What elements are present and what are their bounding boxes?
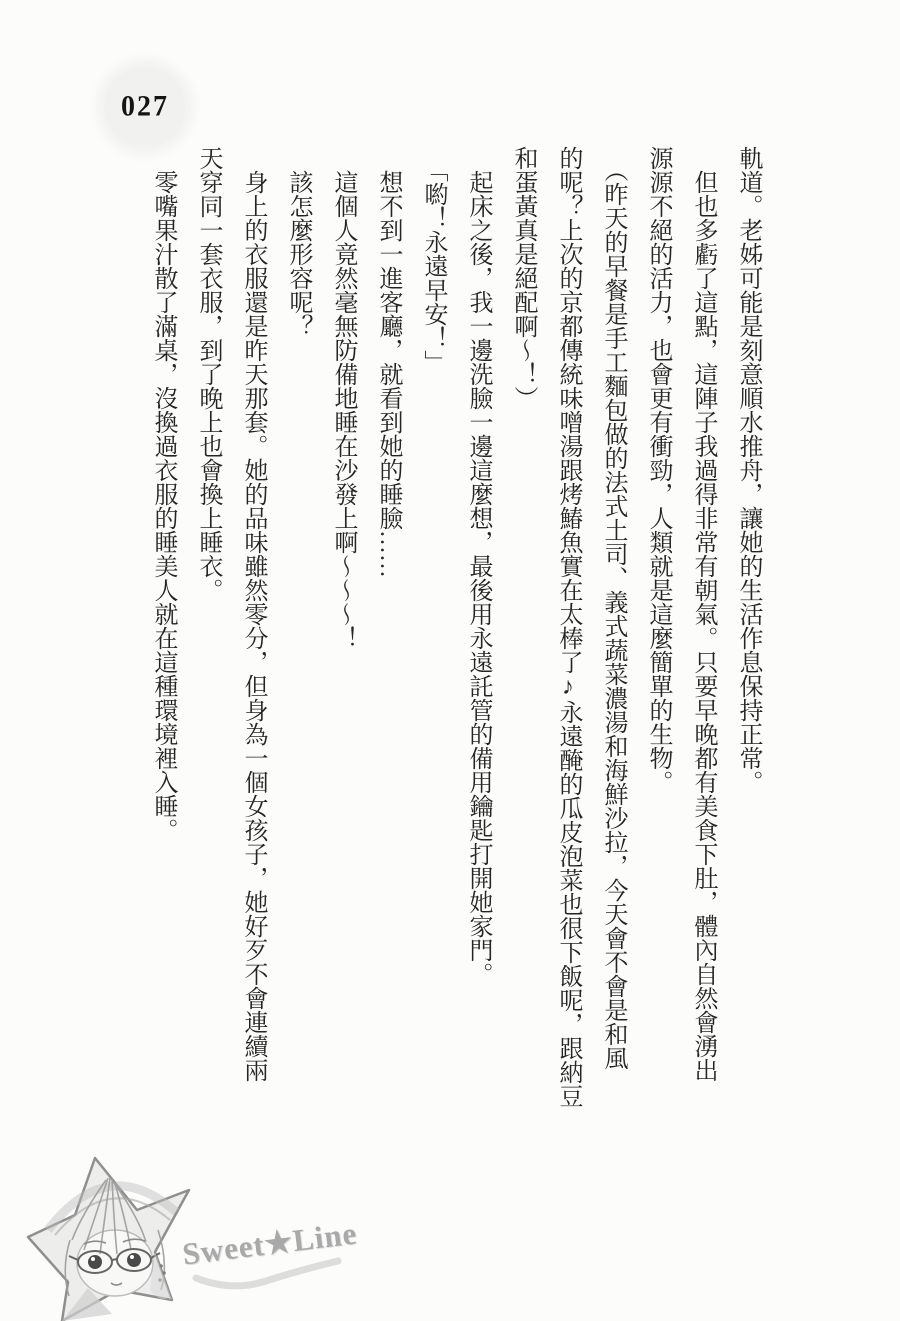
novel-line: 軌道。老姊可能是刻意順水推舟，讓她的生活作息保持正常。 [725, 146, 770, 1166]
novel-line: 這個人竟然毫無防備地睡在沙發上啊～～～！ [320, 146, 365, 1166]
novel-text-block: 軌道。老姊可能是刻意順水推舟，讓她的生活作息保持正常。 但也多虧了這點，這陣子我… [140, 146, 770, 1166]
novel-page: 027 軌道。老姊可能是刻意順水推舟，讓她的生活作息保持正常。 但也多虧了這點，… [0, 0, 900, 1321]
novel-line: 但也多虧了這點，這陣子我過得非常有朝氣。只要早晚都有美食下肚，體內自然會湧出 [680, 146, 725, 1166]
novel-line: （昨天的早餐是手工麵包做的法式土司、義式蔬菜濃湯和海鮮沙拉，今天會不會是和風 [590, 146, 635, 1166]
novel-line: 和蛋黃真是絕配啊～！） [500, 146, 545, 1166]
page-number: 027 [121, 90, 169, 124]
novel-line: 天穿同一套衣服，到了晚上也會換上睡衣。 [185, 146, 230, 1166]
novel-line: 該怎麼形容呢？ [275, 146, 320, 1166]
novel-line: 的呢？上次的京都傳統味噌湯跟烤鰆魚實在太棒了♪永遠醃的瓜皮泡菜也很下飯呢，跟納豆 [545, 146, 590, 1166]
novel-line: 源源不絕的活力，也會更有衝勁，人類就是這麼簡單的生物。 [635, 146, 680, 1166]
novel-line: 想不到一進客廳，就看到她的睡臉…… [365, 146, 410, 1166]
novel-line: 身上的衣服還是昨天那套。她的品味雖然零分，但身為一個女孩子，她好歹不會連續兩 [230, 146, 275, 1166]
novel-line: 「喲！永遠早安！」 [410, 146, 455, 1166]
novel-line: 起床之後，我一邊洗臉一邊這麼想，最後用永遠託管的備用鑰匙打開她家門。 [455, 146, 500, 1166]
novel-line: 零嘴果汁散了滿桌，沒換過衣服的睡美人就在這種環境裡入睡。 [140, 146, 185, 1166]
page-number-badge: 027 [105, 68, 185, 146]
